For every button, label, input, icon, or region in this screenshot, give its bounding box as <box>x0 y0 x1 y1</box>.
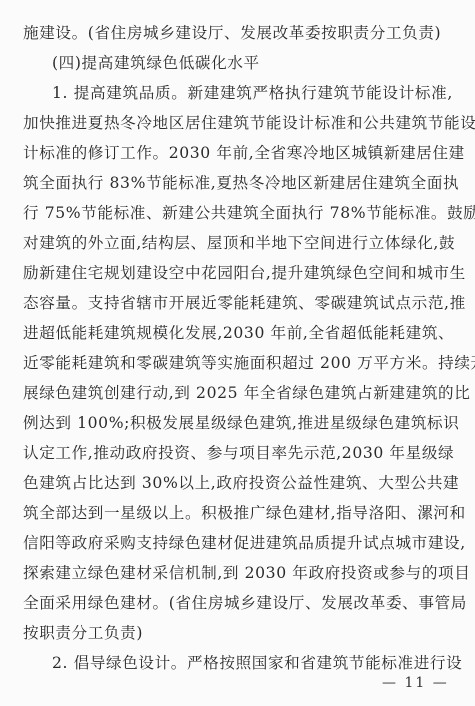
text-line: 加快推进夏热冬冷地区居住建筑节能设计标准和公共建筑节能设 <box>23 113 453 133</box>
text-line: 计标准的修订工作。2030 年前,全省寒冷地区城镇新建居住建 <box>23 143 453 163</box>
page-number: — 11 — <box>382 675 449 691</box>
text-line: 2. 倡导绿色设计。严格按照国家和省建筑节能标准进行设 <box>52 653 453 673</box>
text-line: 进超低能耗建筑规模化发展,2030 年前,全省超低能耗建筑、 <box>23 323 453 343</box>
text-line: 筑全面执行 83%节能标准,夏热冬冷地区新建居住建筑全面执 <box>23 173 453 193</box>
text-line: 展绿色建筑创建行动,到 2025 年全省绿色建筑占新建建筑的比 <box>23 383 453 403</box>
text-line: 励新建住宅规划建设空中花园阳台,提升建筑绿色空间和城市生 <box>23 263 453 283</box>
text-line: 态容量。支持省辖市开展近零能耗建筑、零碳建筑试点示范,推 <box>23 293 453 313</box>
text-line: 行 75%节能标准、新建公共建筑全面执行 78%节能标准。鼓励 <box>23 203 453 223</box>
text-line: 对建筑的外立面,结构层、屋顶和半地下空间进行立体绿化,鼓 <box>23 233 453 253</box>
section-heading: (四)提高建筑绿色低碳化水平 <box>52 53 475 73</box>
text-line: 探索建立绿色建材采信机制,到 2030 年政府投资或参与的项目 <box>23 563 453 583</box>
document-page: 施建设。(省住房城乡建设厅、发展改革委按职责分工负责) (四)提高建筑绿色低碳化… <box>0 0 475 706</box>
text-line: 认定工作,推动政府投资、参与项目率先示范,2030 年星级绿 <box>23 443 453 463</box>
text-line: 例达到 100%;积极发展星级绿色建筑,推进星级绿色建筑标识 <box>23 413 453 433</box>
text-line: 近零能耗建筑和零碳建筑等实施面积超过 200 万平方米。持续开 <box>23 353 453 373</box>
text-line: 施建设。(省住房城乡建设厅、发展改革委按职责分工负责) <box>23 23 453 43</box>
text-line: 全面采用绿色建材。(省住房城乡建设厅、发展改革委、事管局 <box>23 593 453 613</box>
text-line: 1. 提高建筑品质。新建建筑严格执行建筑节能设计标准, <box>52 83 453 103</box>
text-line: 信阳等政府采购支持绿色建材促进建筑品质提升试点城市建设, <box>23 533 453 553</box>
text-line: 筑全部达到一星级以上。积极推广绿色建材,指导洛阳、漯河和 <box>23 503 453 523</box>
text-line: 按职责分工负责) <box>23 623 453 643</box>
text-line: 色建筑占比达到 30%以上,政府投资公益性建筑、大型公共建 <box>23 473 453 493</box>
